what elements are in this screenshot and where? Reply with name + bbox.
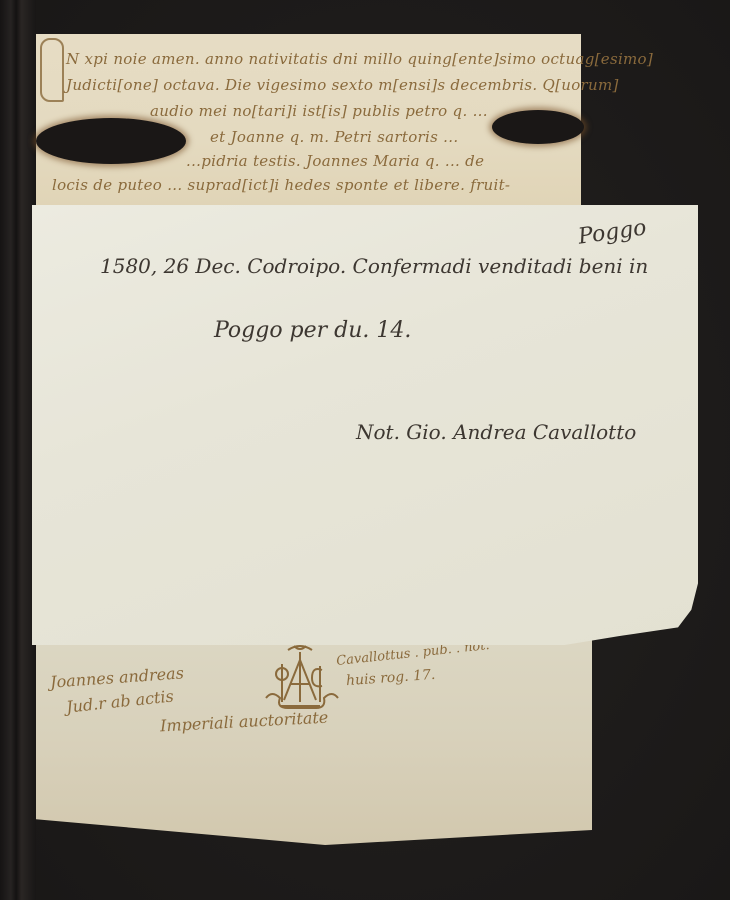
slip-line-1: 1580, 26 Dec. Codroipo. Confermadi vendi… (100, 254, 648, 278)
top-line-3: audio mei no[tari]i ist[is] publis petro… (150, 102, 488, 120)
top-line-5: ...pidria testis. Joannes Maria q. ... d… (186, 152, 484, 170)
book-binding-edge (0, 0, 36, 900)
top-line-4: et Joanne q. m. Petri sartoris ... (210, 128, 458, 146)
top-line-6: locis de puteo ... suprad[ict]i hedes sp… (52, 176, 510, 194)
illuminated-initial-icon (40, 38, 64, 102)
top-line-1: N xpi noie amen. anno nativitatis dni mi… (66, 50, 653, 68)
slip-signature: Not. Gio. Andrea Cavallotto (356, 420, 636, 444)
burn-hole-left (36, 118, 186, 164)
burn-hole-right (492, 110, 584, 144)
top-line-2: Judicti[one] octava. Die vigesimo sexto … (66, 76, 619, 94)
slip-line-2: Poggo per du. 14. (214, 318, 411, 343)
notarial-monogram-icon (260, 642, 340, 717)
